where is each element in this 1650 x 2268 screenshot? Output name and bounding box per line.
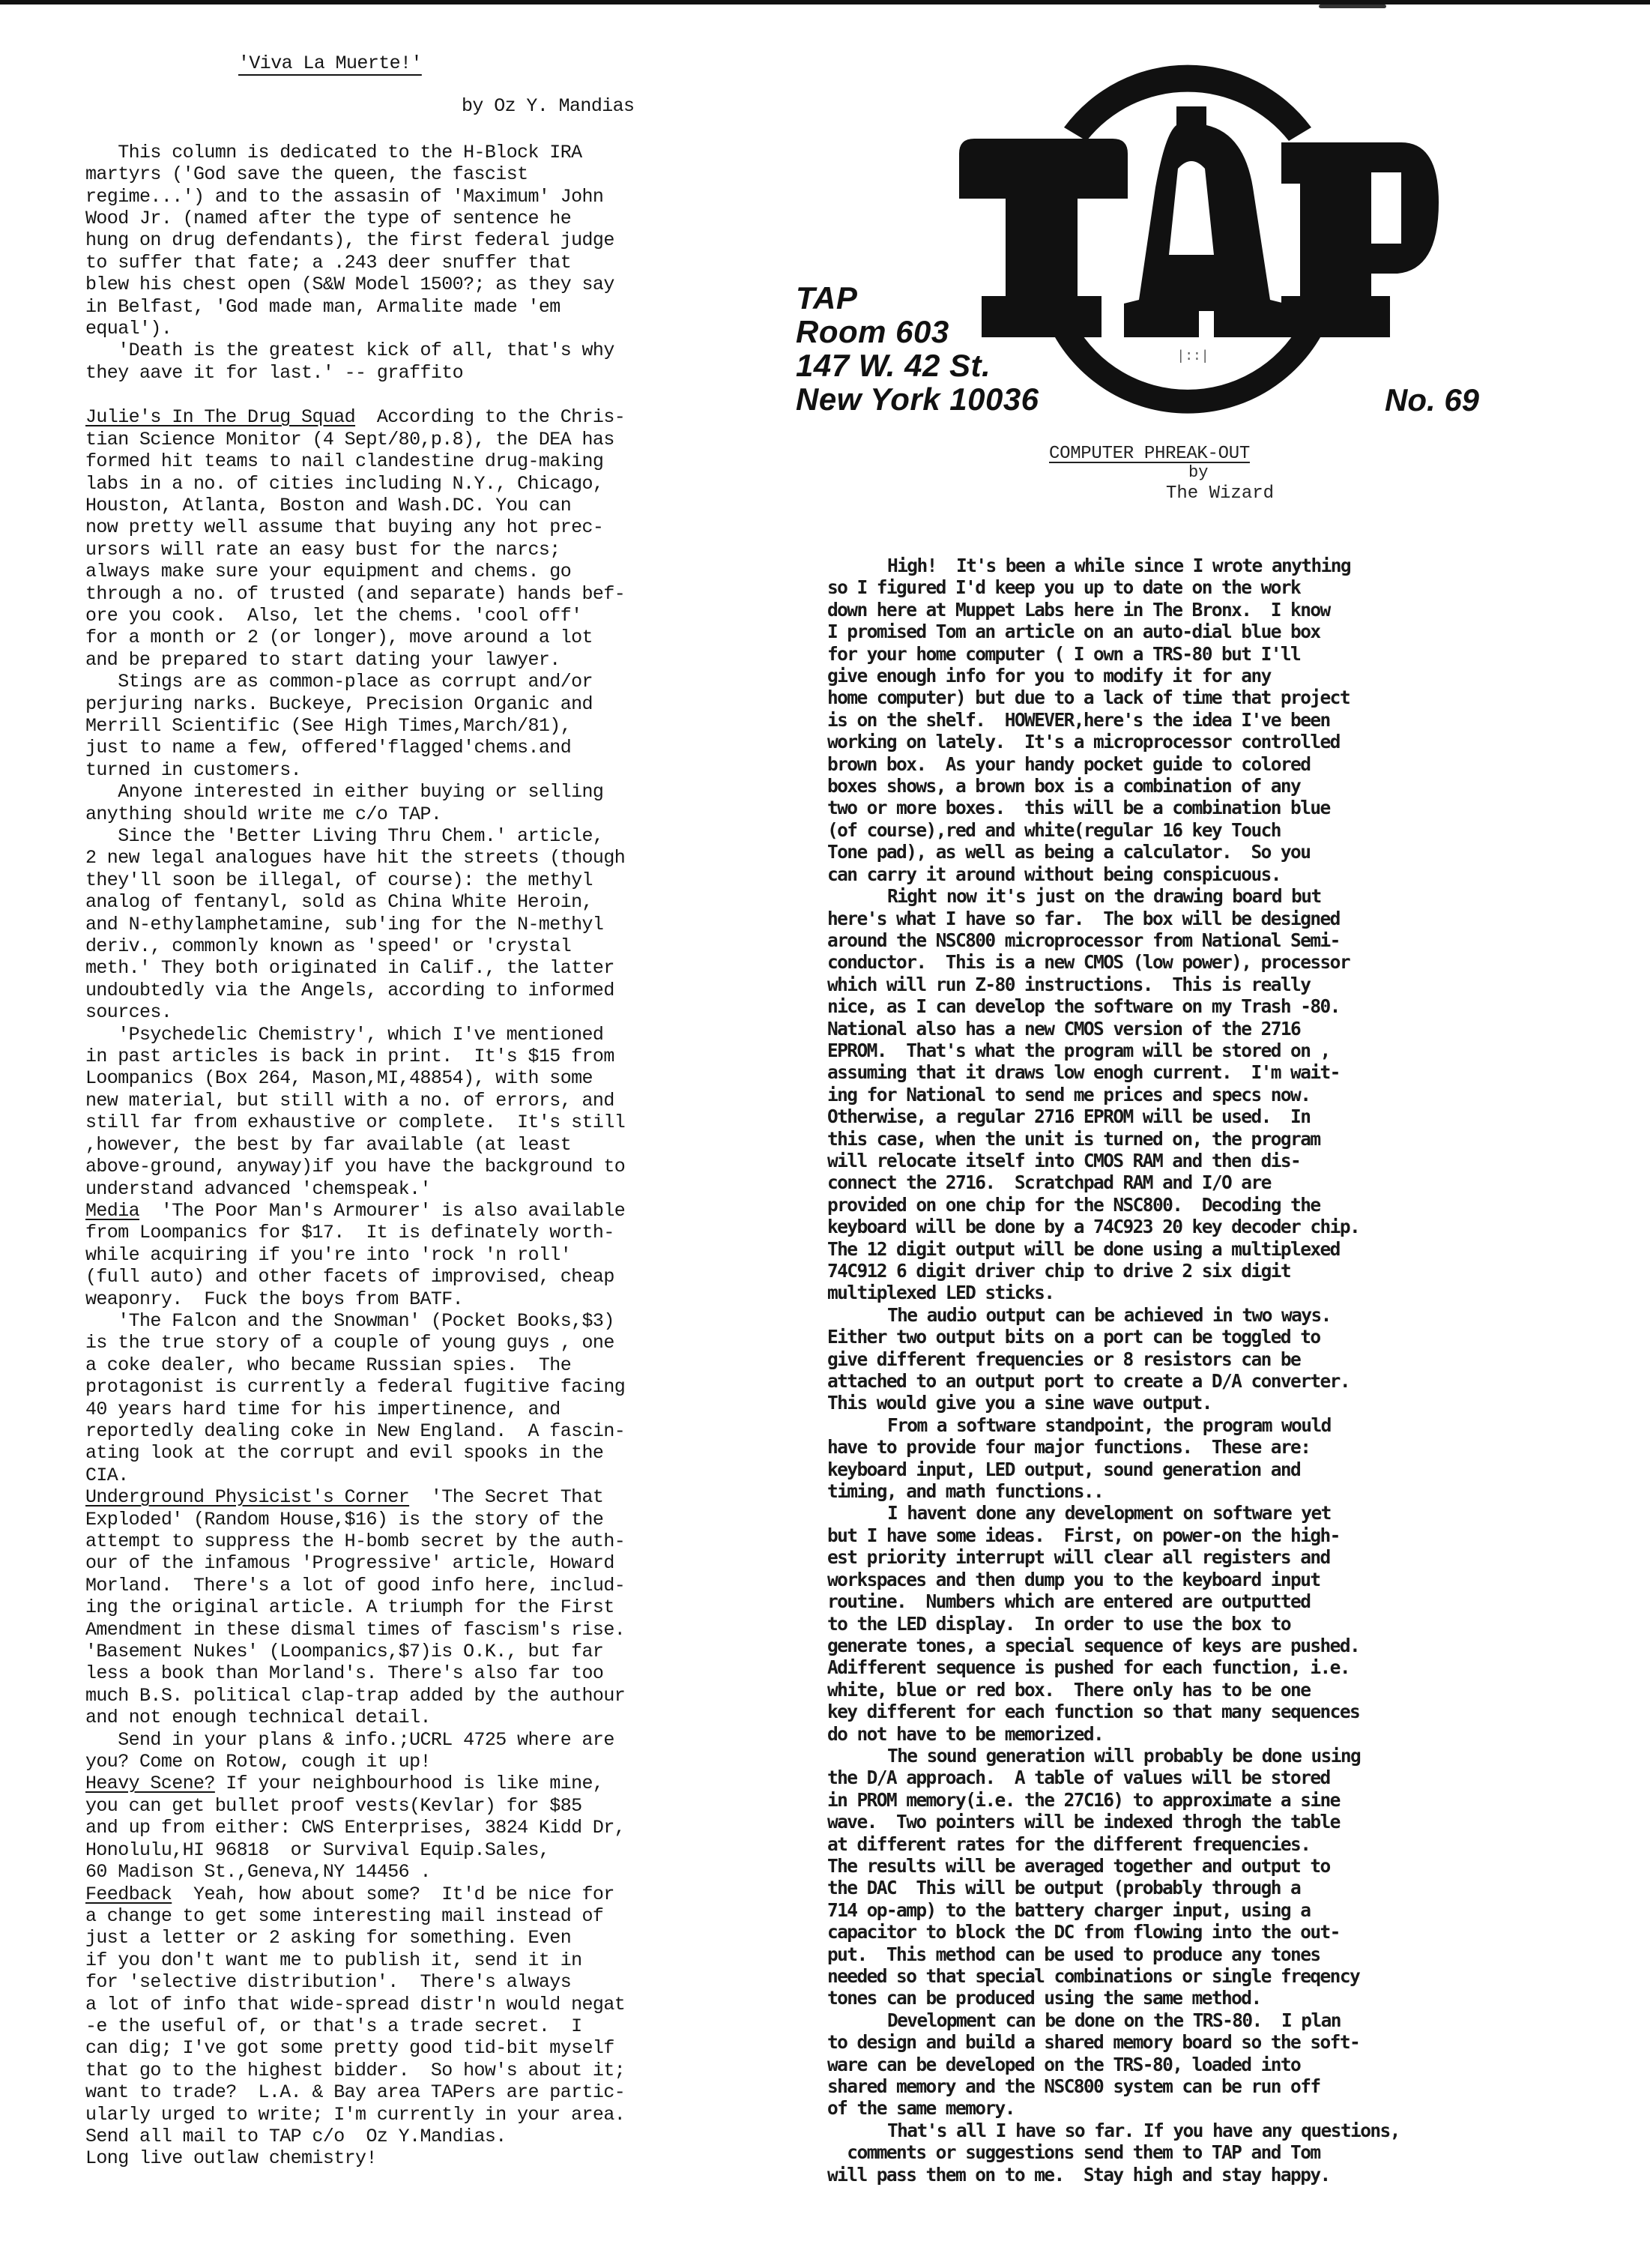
text-line: nice, as I can develop the software on m…: [827, 995, 1577, 1017]
scan-smudge: [1319, 4, 1386, 8]
svg-text:|::|: |::|: [1176, 349, 1209, 364]
text-line: I promised Tom an article on an auto-dia…: [827, 621, 1577, 642]
text-line: 40 years hard time for his impertinence,…: [85, 1399, 760, 1420]
text-line: This would give you a sine wave output.: [827, 1392, 1577, 1414]
text-line: they aave it for last.' -- graffito: [85, 362, 760, 384]
text-line: Tone pad), as well as being a calculator…: [827, 841, 1577, 863]
text-line: anything should write me c/o TAP.: [85, 803, 760, 825]
text-line: and be prepared to start dating your law…: [85, 649, 760, 671]
text-line: while acquiring if you're into 'rock 'n …: [85, 1244, 760, 1266]
text-line: in past articles is back in print. It's …: [85, 1046, 760, 1067]
paragraph: 'Death is the greatest kick of all, that…: [85, 340, 760, 384]
text-line: generate tones, a special sequence of ke…: [827, 1635, 1577, 1656]
text-line: working on lately. It's a microprocessor…: [827, 731, 1577, 753]
text-line: Morland. There's a lot of good info here…: [85, 1575, 760, 1596]
address-line: Room 603: [796, 315, 1039, 349]
section-heading: Media: [85, 1200, 139, 1222]
text-line: Anyone interested in either buying or se…: [85, 781, 760, 803]
text-line: can dig; I've got some pretty good tid-b…: [85, 2037, 760, 2059]
text-line: The sound generation will probably be do…: [827, 1745, 1577, 1767]
text-line: weaponry. Fuck the boys from BATF.: [85, 1288, 760, 1310]
mailing-address: TAP Room 603 147 W. 42 St. New York 1003…: [796, 281, 1039, 416]
text-line: workspaces and then dump you to the keyb…: [827, 1569, 1577, 1590]
text-line: if you don't want me to publish it, send…: [85, 1949, 760, 1971]
right-article-author: The Wizard: [1166, 483, 1274, 504]
text-line: in Belfast, 'God made man, Armalite made…: [85, 296, 760, 318]
section-heading: Feedback: [85, 1884, 172, 1905]
text-line: that go to the highest bidder. So how's …: [85, 2060, 760, 2081]
text-line: and up from either: CWS Enterprises, 382…: [85, 1817, 760, 1839]
text-line: still far from exhaustive or complete. I…: [85, 1112, 760, 1133]
text-line: Merrill Scientific (See High Times,March…: [85, 715, 760, 737]
text-line: formed hit teams to nail clandestine dru…: [85, 450, 760, 472]
text-line: and not enough technical detail.: [85, 1707, 760, 1728]
text-line: is the true story of a couple of young g…: [85, 1332, 760, 1354]
text-line: 'The Falcon and the Snowman' (Pocket Boo…: [85, 1310, 760, 1332]
text-line: 2 new legal analogues have hit the stree…: [85, 847, 760, 869]
text-line: tian Science Monitor (4 Sept/80,p.8), th…: [85, 429, 760, 450]
text-line: want to trade? L.A. & Bay area TAPers ar…: [85, 2081, 760, 2103]
text-line: Feedback Yeah, how about some? It'd be n…: [85, 1884, 760, 1905]
text-line: deriv., commonly known as 'speed' or 'cr…: [85, 935, 760, 957]
text-line: routine. Numbers which are entered are o…: [827, 1590, 1577, 1612]
text-line: give enough info for you to modify it fo…: [827, 665, 1577, 687]
text-line: white, blue or red box. There only has t…: [827, 1679, 1577, 1701]
text-line: ware can be developed on the TRS-80, loa…: [827, 2054, 1577, 2075]
text-line: put. This method can be used to produce …: [827, 1943, 1577, 1965]
text-line: High! It's been a while since I wrote an…: [827, 555, 1577, 576]
text-line: Send in your plans & info.;UCRL 4725 whe…: [85, 1729, 760, 1751]
text-line: for your home computer ( I own a TRS-80 …: [827, 643, 1577, 665]
text-line: CIA.: [85, 1465, 760, 1486]
text-line: keyboard will be done by a 74C923 20 key…: [827, 1216, 1577, 1237]
text-line: attached to an output port to create a D…: [827, 1370, 1577, 1392]
left-column-article: 'Viva La Muerte!' by Oz Y. Mandias This …: [85, 45, 760, 2170]
section-heading: Julie's In The Drug Squad: [85, 406, 355, 428]
text-line: protagonist is currently a federal fugit…: [85, 1376, 760, 1398]
text-line: 'Basement Nukes' (Loompanics,$7)is O.K.,…: [85, 1641, 760, 1662]
paragraph: 'The Falcon and the Snowman' (Pocket Boo…: [85, 1310, 760, 1486]
text-line: Media 'The Poor Man's Armourer' is also …: [85, 1200, 760, 1222]
text-line: equal').: [85, 318, 760, 340]
text-line: above-ground, anyway)if you have the bac…: [85, 1156, 760, 1177]
text-line: key different for each function so that …: [827, 1701, 1577, 1722]
text-line: Houston, Atlanta, Boston and Wash.DC. Yo…: [85, 495, 760, 516]
text-line: -e the useful of, or that's a trade secr…: [85, 2015, 760, 2037]
text-line: is on the shelf. HOWEVER,here's the idea…: [827, 709, 1577, 731]
text-line: ore you cook. Also, let the chems. 'cool…: [85, 605, 760, 627]
text-line: just to name a few, offered'flagged'chem…: [85, 737, 760, 758]
text-line: ursors will rate an easy bust for the na…: [85, 539, 760, 561]
text-line: Honolulu,HI 96818 or Survival Equip.Sale…: [85, 1839, 760, 1861]
text-line: needed so that special combinations or s…: [827, 1965, 1577, 1987]
text-line: which will run Z-80 instructions. This i…: [827, 974, 1577, 995]
text-line: tones can be produced using the same met…: [827, 1987, 1577, 2009]
text-line: Heavy Scene? If your neighbourhood is li…: [85, 1773, 760, 1794]
text-line: for 'selective distribution'. There's al…: [85, 1971, 760, 1993]
text-line: Right now it's just on the drawing board…: [827, 885, 1577, 907]
text-line: and N-ethylamphetamine, sub'ing for the …: [85, 914, 760, 935]
text-line: understand advanced 'chemspeak.': [85, 1178, 760, 1200]
address-line: New York 10036: [796, 382, 1039, 416]
text-line: est priority interrupt will clear all re…: [827, 1546, 1577, 1568]
section-heading: Underground Physicist's Corner: [85, 1486, 409, 1508]
text-line: timing, and math functions..: [827, 1480, 1577, 1502]
text-line: ating look at the corrupt and evil spook…: [85, 1442, 760, 1464]
text-line: Long live outlaw chemistry!: [85, 2147, 760, 2169]
text-line: you? Come on Rotow, cough it up!: [85, 1751, 760, 1773]
left-article-body: This column is dedicated to the H-Block …: [85, 142, 760, 2170]
text-line: this case, when the unit is turned on, t…: [827, 1128, 1577, 1150]
text-line: meth.' They both originated in Calif., t…: [85, 957, 760, 979]
text-line: Amendment in these dismal times of fasci…: [85, 1619, 760, 1641]
text-line: a coke dealer, who became Russian spies.…: [85, 1354, 760, 1376]
paragraph: I havent done any development on softwar…: [827, 1502, 1577, 1744]
text-line: the DAC This will be output (probably th…: [827, 1877, 1577, 1898]
text-line: 74C912 6 digit driver chip to drive 2 si…: [827, 1260, 1577, 1282]
left-article-title: 'Viva La Muerte!': [238, 52, 760, 74]
text-line: of the same memory.: [827, 2097, 1577, 2119]
text-line: Development can be done on the TRS-80. I…: [827, 2009, 1577, 2031]
text-line: have to provide four major functions. Th…: [827, 1436, 1577, 1458]
text-line: Adifferent sequence is pushed for each f…: [827, 1656, 1577, 1678]
text-line: That's all I have so far. If you have an…: [827, 2120, 1577, 2141]
text-line: Since the 'Better Living Thru Chem.' art…: [85, 825, 760, 847]
address-line: 147 W. 42 St.: [796, 349, 1039, 382]
paragraph: 'Psychedelic Chemistry', which I've ment…: [85, 1024, 760, 1200]
text-line: will pass them on to me. Stay high and s…: [827, 2164, 1577, 2186]
text-line: provided on one chip for the NSC800. Dec…: [827, 1194, 1577, 1216]
text-line: multiplexed LED sticks.: [827, 1282, 1577, 1303]
text-line: wave. Two pointers will be indexed throg…: [827, 1811, 1577, 1833]
text-line: The 12 digit output will be done using a…: [827, 1238, 1577, 1260]
text-line: turned in customers.: [85, 759, 760, 781]
text-line: new material, but still with a no. of er…: [85, 1090, 760, 1112]
text-line: our of the infamous 'Progressive' articl…: [85, 1552, 760, 1574]
text-line: EPROM. That's what the program will be s…: [827, 1040, 1577, 1061]
text-line: sources.: [85, 1001, 760, 1023]
right-article-by: by: [1188, 463, 1208, 482]
section-paragraph: Feedback Yeah, how about some? It'd be n…: [85, 1884, 760, 2170]
text-line: ularly urged to write; I'm currently in …: [85, 2104, 760, 2126]
text-line: much B.S. political clap-trap added by t…: [85, 1685, 760, 1707]
text-line: can carry it around without being conspi…: [827, 863, 1577, 885]
paragraph: High! It's been a while since I wrote an…: [827, 555, 1577, 885]
text-line: boxes shows, a brown box is a combinatio…: [827, 775, 1577, 797]
text-line: to design and build a shared memory boar…: [827, 2031, 1577, 2053]
text-line: the D/A approach. A table of values will…: [827, 1767, 1577, 1788]
paragraph: Send in your plans & info.;UCRL 4725 whe…: [85, 1729, 760, 1773]
text-line: in PROM memory(i.e. the 27C16) to approx…: [827, 1789, 1577, 1811]
section-paragraph: Julie's In The Drug Squad According to t…: [85, 406, 760, 671]
text-line: through a no. of trusted (and separate) …: [85, 583, 760, 605]
text-line: at different rates for the different fre…: [827, 1833, 1577, 1855]
text-line: analog of fentanyl, sold as China White …: [85, 891, 760, 913]
right-article-title: COMPUTER PHREAK-OUT: [1049, 444, 1250, 464]
paragraph: Right now it's just on the drawing board…: [827, 885, 1577, 1304]
text-line: for a month or 2 (or longer), move aroun…: [85, 627, 760, 648]
paragraph: Since the 'Better Living Thru Chem.' art…: [85, 825, 760, 1024]
text-line: capacitor to block the DC from flowing i…: [827, 1921, 1577, 1943]
text-line: home computer) but due to a lack of time…: [827, 687, 1577, 708]
paragraph: The audio output can be achieved in two …: [827, 1304, 1577, 1414]
text-line: Underground Physicist's Corner 'The Secr…: [85, 1486, 760, 1508]
text-line: The results will be averaged together an…: [827, 1855, 1577, 1877]
paragraph: From a software standpoint, the program …: [827, 1414, 1577, 1503]
text-line: to the LED display. In order to use the …: [827, 1613, 1577, 1635]
text-line: (of course),red and white(regular 16 key…: [827, 819, 1577, 841]
paragraph: Development can be done on the TRS-80. I…: [827, 2009, 1577, 2120]
left-article-byline: by Oz Y. Mandias: [462, 95, 760, 117]
text-line: two or more boxes. this will be a combin…: [827, 797, 1577, 818]
text-line: hung on drug defendants), the first fede…: [85, 229, 760, 251]
text-line: just a letter or 2 asking for something.…: [85, 1927, 760, 1949]
text-line: I havent done any development on softwar…: [827, 1502, 1577, 1524]
section-heading: Heavy Scene?: [85, 1773, 215, 1794]
section-paragraph: Heavy Scene? If your neighbourhood is li…: [85, 1773, 760, 1883]
text-line: here's what I have so far. The box will …: [827, 908, 1577, 929]
text-line: you can get bullet proof vests(Kevlar) f…: [85, 1795, 760, 1817]
text-line: Send all mail to TAP c/o Oz Y.Mandias.: [85, 2126, 760, 2147]
issue-number: No. 69: [1385, 382, 1479, 418]
text-line: perjuring narks. Buckeye, Precision Orga…: [85, 693, 760, 715]
text-line: Loompanics (Box 264, Mason,MI,48854), wi…: [85, 1067, 760, 1089]
text-line: around the NSC800 microprocessor from Na…: [827, 929, 1577, 951]
text-line: undoubtedly via the Angels, according to…: [85, 980, 760, 1001]
text-line: a lot of info that wide-spread distr'n w…: [85, 1994, 760, 2015]
text-line: 'Death is the greatest kick of all, that…: [85, 340, 760, 361]
text-line: 714 op-amp) to the battery charger input…: [827, 1899, 1577, 1921]
text-line: labs in a no. of cities including N.Y., …: [85, 473, 760, 495]
text-line: attempt to suppress the H-bomb secret by…: [85, 1530, 760, 1552]
text-line: Either two output bits on a port can be …: [827, 1326, 1577, 1348]
text-line: assuming that it draws low enogh current…: [827, 1061, 1577, 1083]
text-line: Otherwise, a regular 2716 EPROM will be …: [827, 1106, 1577, 1127]
section-paragraph: Media 'The Poor Man's Armourer' is also …: [85, 1200, 760, 1310]
text-line: Wood Jr. (named after the type of senten…: [85, 208, 760, 229]
address-line: TAP: [796, 281, 1039, 315]
page-top-border: [0, 0, 1650, 4]
paragraph: Anyone interested in either buying or se…: [85, 781, 760, 825]
text-line: a change to get some interesting mail in…: [85, 1905, 760, 1927]
text-line: they'll soon be illegal, of course): the…: [85, 869, 760, 891]
text-line: 60 Madison St.,Geneva,NY 14456 .: [85, 1861, 760, 1883]
text-line: comments or suggestions send them to TAP…: [827, 2141, 1577, 2163]
text-line: connect the 2716. Scratchpad RAM and I/O…: [827, 1171, 1577, 1193]
text-line: regime...') and to the assasin of 'Maxim…: [85, 186, 760, 208]
text-line: keyboard input, LED output, sound genera…: [827, 1459, 1577, 1480]
text-line: give different frequencies or 8 resistor…: [827, 1348, 1577, 1370]
text-line: National also has a new CMOS version of …: [827, 1018, 1577, 1040]
text-line: 'Psychedelic Chemistry', which I've ment…: [85, 1024, 760, 1046]
text-line: now pretty well assume that buying any h…: [85, 516, 760, 538]
text-line: This column is dedicated to the H-Block …: [85, 142, 760, 163]
text-line: will relocate itself into CMOS RAM and t…: [827, 1150, 1577, 1171]
text-line: From a software standpoint, the program …: [827, 1414, 1577, 1436]
text-line: ,however, the best by far available (at …: [85, 1134, 760, 1156]
text-line: from Loompanics for $17. It is definatel…: [85, 1222, 760, 1243]
text-line: so I figured I'd keep you up to date on …: [827, 576, 1577, 598]
text-line: conductor. This is a new CMOS (low power…: [827, 951, 1577, 973]
text-line: Stings are as common-place as corrupt an…: [85, 671, 760, 693]
paragraph: The sound generation will probably be do…: [827, 1745, 1577, 2009]
text-line: reportedly dealing coke in New England. …: [85, 1420, 760, 1442]
text-line: do not have to be memorized.: [827, 1723, 1577, 1745]
text-line: but I have some ideas. First, on power-o…: [827, 1524, 1577, 1546]
paragraph: That's all I have so far. If you have an…: [827, 2120, 1577, 2186]
text-line: less a book than Morland's. There's also…: [85, 1662, 760, 1684]
section-paragraph: Underground Physicist's Corner 'The Secr…: [85, 1486, 760, 1728]
text-line: always make sure your equipment and chem…: [85, 561, 760, 582]
text-line: down here at Muppet Labs here in The Bro…: [827, 599, 1577, 621]
paragraph: Stings are as common-place as corrupt an…: [85, 671, 760, 781]
text-line: shared memory and the NSC800 system can …: [827, 2075, 1577, 2097]
text-line: to suffer that fate; a .243 deer snuffer…: [85, 252, 760, 274]
paragraph: This column is dedicated to the H-Block …: [85, 142, 760, 340]
text-line: ing for National to send me prices and s…: [827, 1084, 1577, 1106]
text-line: brown box. As your handy pocket guide to…: [827, 753, 1577, 775]
text-line: (full auto) and other facets of improvis…: [85, 1266, 760, 1288]
text-line: ing the original article. A triumph for …: [85, 1596, 760, 1618]
text-line: Exploded' (Random House,$16) is the stor…: [85, 1509, 760, 1530]
text-line: The audio output can be achieved in two …: [827, 1304, 1577, 1326]
right-article-body: High! It's been a while since I wrote an…: [827, 555, 1577, 2186]
text-line: martyrs ('God save the queen, the fascis…: [85, 163, 760, 185]
text-line: Julie's In The Drug Squad According to t…: [85, 406, 760, 428]
text-line: blew his chest open (S&W Model 1500?; as…: [85, 274, 760, 295]
